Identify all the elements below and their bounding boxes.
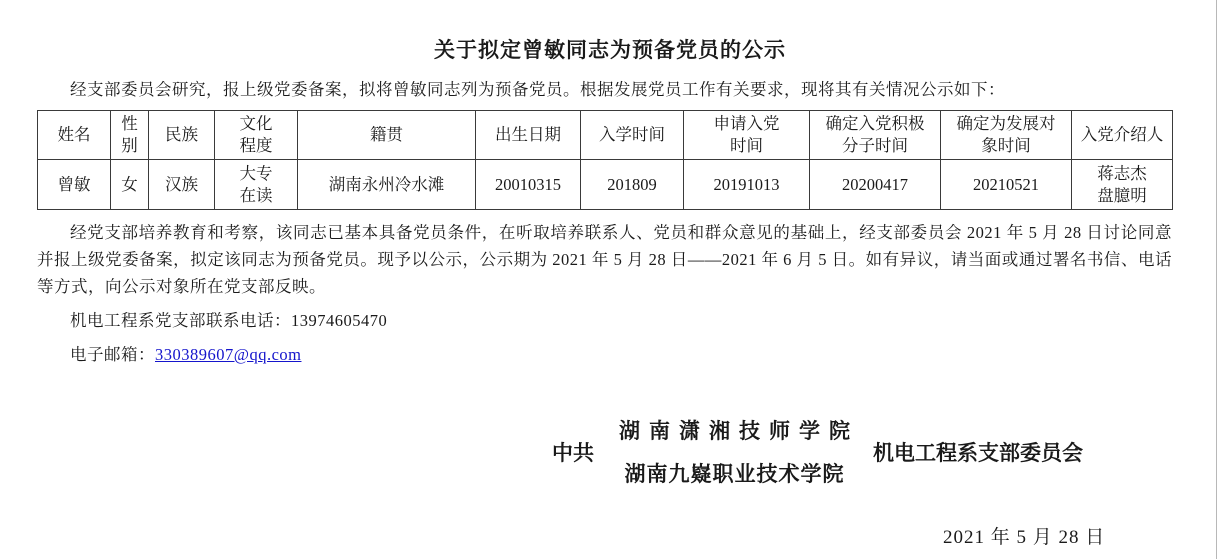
table-row: 曾敏 女 汉族 大专 在读 湖南永州冷水滩 20010315 201809 20…: [38, 160, 1173, 210]
header-introducers: 入党介绍人: [1072, 111, 1173, 160]
header-name: 姓名: [38, 111, 111, 160]
contact-email-line: 电子邮箱：330389607@qq.com: [37, 341, 1172, 368]
cell-activist-time: 20200417: [810, 160, 941, 210]
signature-block: 中共 湖南潇湘技师学院 湖南九嶷职业技术学院 机电工程系支部委员会: [552, 415, 1083, 488]
contact-phone-line: 机电工程系党支部联系电话：13974605470: [37, 307, 1172, 334]
signature-date: 2021 年 5 月 28 日: [943, 522, 1105, 549]
cell-enrollment-time: 201809: [581, 160, 684, 210]
announcement-document: 关于拟定曾敏同志为预备党员的公示 经支部委员会研究，报上级党委备案，拟将曾敏同志…: [0, 0, 1220, 559]
page-right-edge-divider: [1216, 0, 1217, 559]
cell-ethnicity: 汉族: [149, 160, 215, 210]
header-education: 文化 程度: [215, 111, 298, 160]
header-application-time: 申请入党 时间: [684, 111, 810, 160]
header-ethnicity: 民族: [149, 111, 215, 160]
cell-introducers: 蒋志杰 盘臆明: [1072, 160, 1173, 210]
cell-birth-date: 20010315: [476, 160, 581, 210]
email-link[interactable]: 330389607@qq.com: [155, 345, 301, 364]
cell-education: 大专 在读: [215, 160, 298, 210]
page-title: 关于拟定曾敏同志为预备党员的公示: [0, 0, 1220, 64]
header-native-place: 籍贯: [298, 111, 476, 160]
cell-gender: 女: [111, 160, 149, 210]
cell-application-time: 20191013: [684, 160, 810, 210]
signature-school-2: 湖南九嶷职业技术学院: [625, 458, 845, 488]
header-activist-time: 确定入党积极 分子时间: [810, 111, 941, 160]
intro-paragraph: 经支部委员会研究，报上级党委备案，拟将曾敏同志列为预备党员。根据发展党员工作有关…: [37, 76, 1172, 103]
table-header-row: 姓名 性 别 民族 文化 程度 籍贯 出生日期 入学时间 申请入党 时间 确定入…: [38, 111, 1173, 160]
signature-prefix: 中共: [552, 437, 594, 467]
header-enrollment-time: 入学时间: [581, 111, 684, 160]
cell-native-place: 湖南永州冷水滩: [298, 160, 476, 210]
candidate-info-table: 姓名 性 别 民族 文化 程度 籍贯 出生日期 入学时间 申请入党 时间 确定入…: [37, 110, 1173, 210]
cell-name: 曾敏: [38, 160, 111, 210]
decision-paragraph: 经党支部培养教育和考察，该同志已基本具备党员条件，在听取培养联系人、党员和群众意…: [37, 219, 1172, 300]
signature-school-names: 湖南潇湘技师学院 湖南九嶷职业技术学院: [610, 415, 859, 488]
signature-committee: 机电工程系支部委员会: [873, 437, 1083, 467]
header-birth-date: 出生日期: [476, 111, 581, 160]
signature-school-1: 湖南潇湘技师学院: [610, 415, 859, 445]
email-label: 电子邮箱：: [70, 345, 155, 364]
header-development-time: 确定为发展对 象时间: [941, 111, 1072, 160]
cell-development-time: 20210521: [941, 160, 1072, 210]
header-gender: 性 别: [111, 111, 149, 160]
